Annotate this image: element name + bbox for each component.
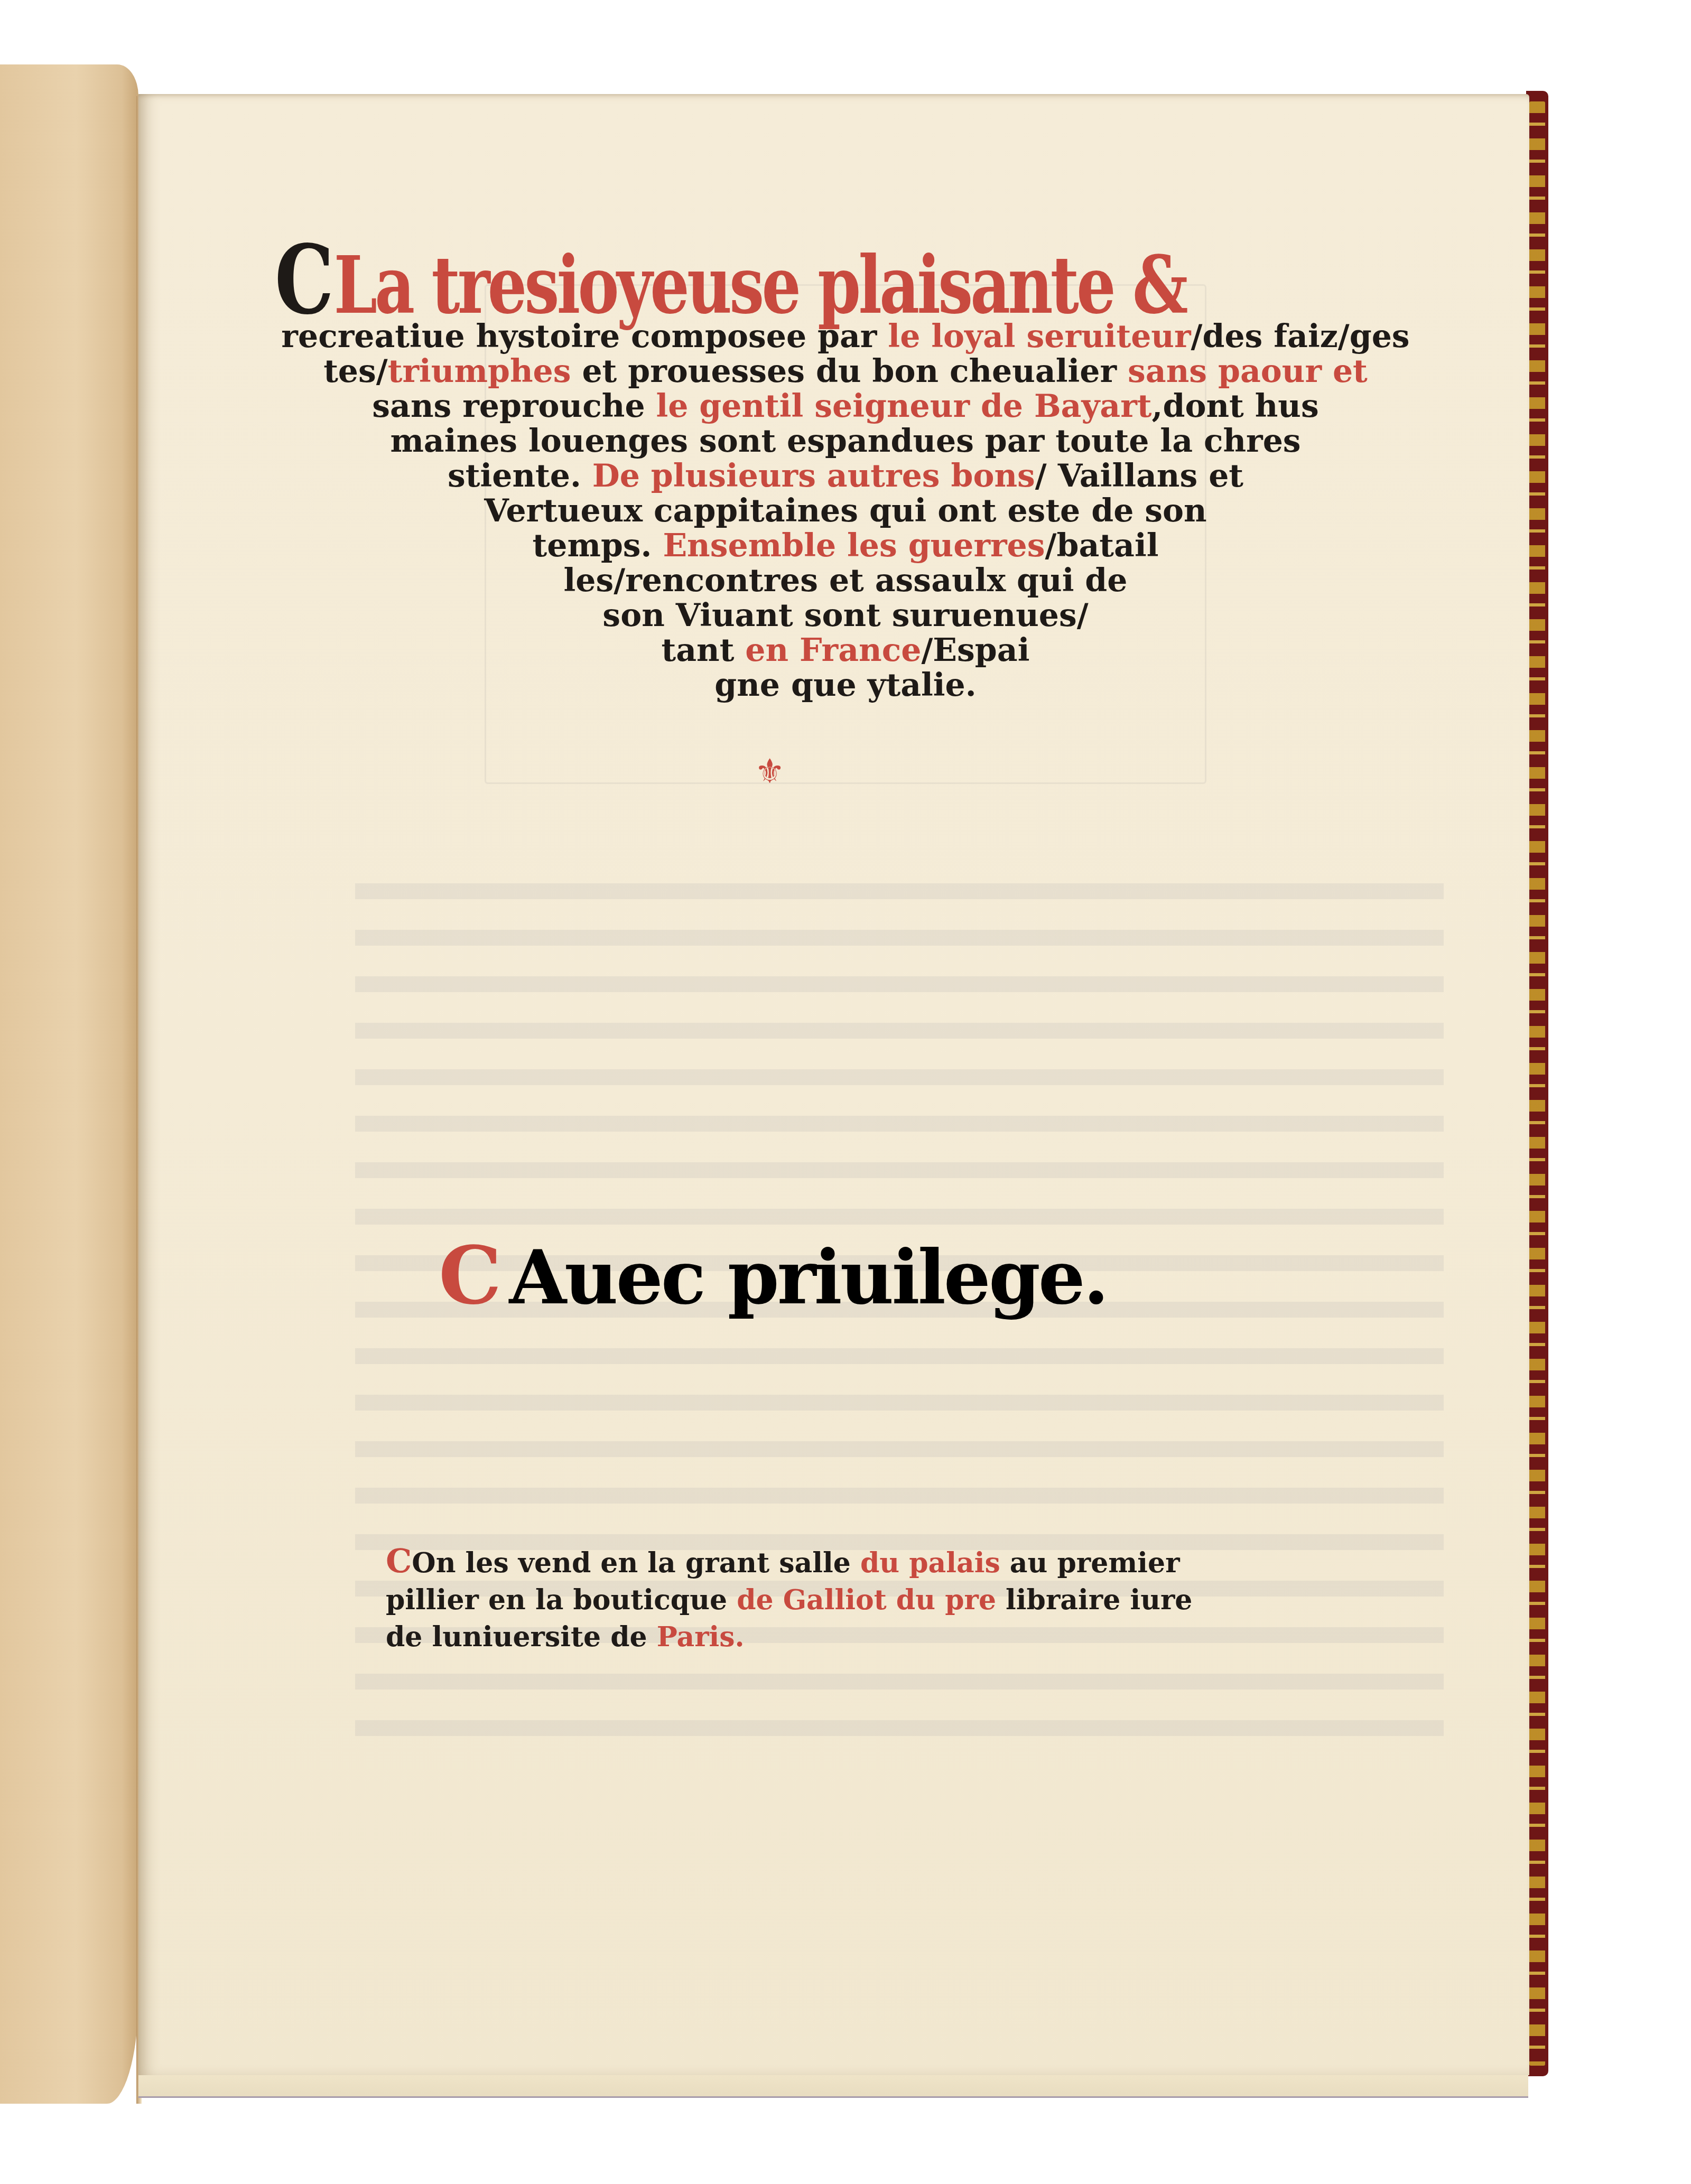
privilege-text: Auec priuilege. [509,1235,1107,1321]
title-body-line: tes/triumphes et prouesses du bon cheual… [0,354,1691,389]
text-span: et prouesses du bon cheualier [571,353,1128,390]
rubric-text: le gentil seigneur de Bayart [656,388,1151,425]
colophon-pilcrow: C [386,1542,412,1580]
colophon-line: pillier en la bouticque de Galliot du pr… [386,1582,1147,1619]
privilege-line: CAuec priuilege. [439,1231,1107,1321]
text-span: / Vaillans et [1035,458,1243,494]
colophon-line: COn les vend en la grant salle du palais… [386,1543,1147,1582]
text-span: au premier [1000,1547,1180,1579]
rubric-text: triumphes [388,353,571,390]
rubric-text: le loyal seruiteur [888,318,1191,355]
text-span: /Espai [921,632,1029,669]
title-heading: CLa tresioyeuse plaisante & [275,227,1037,333]
text-span: tes/ [323,353,388,390]
page-bottom-edge [138,2075,1528,2098]
text-span: les/rencontres et assaulx qui de [564,562,1128,599]
text-span: Vertueux cappitaines qui ont este de son [484,492,1206,529]
imprint-colophon: COn les vend en la grant salle du palais… [386,1543,1147,1656]
rubric-text: en France [745,632,921,669]
pilcrow-initial: C [275,227,331,333]
title-body-line: les/rencontres et assaulx qui de [0,563,1691,598]
title-body-text: recreatiue hystoire composee par le loya… [0,319,1691,703]
text-span: recreatiue hystoire composee par [281,318,888,355]
text-span: temps. [533,527,663,564]
title-body-line: Vertueux cappitaines qui ont este de son [0,493,1691,528]
text-span: sans reprouche [372,388,656,425]
title-body-line: gne que ytalie. [0,668,1691,703]
text-span: pillier en la bouticque [386,1584,737,1616]
text-span: stiente. [448,458,592,494]
text-span: On les vend en la grant salle [412,1547,860,1579]
colophon-line: de luniuersite de Paris. [386,1619,1147,1656]
text-span: libraire iure [996,1584,1192,1616]
title-body-line: stiente. De plusieurs autres bons/ Vaill… [0,459,1691,493]
rubric-text: de Galliot du pre [737,1584,996,1616]
title-body-line: recreatiue hystoire composee par le loya… [0,319,1691,354]
fleur-de-lis-icon: ⚜ [755,753,776,790]
text-span: /des faiz/ges [1191,318,1410,355]
text-span: /batail [1045,527,1159,564]
text-span: maines louenges sont espandues par toute… [390,423,1300,460]
title-body-line: son Viuant sont suruenues/ [0,598,1691,633]
rubric-text: sans paour et [1128,353,1368,390]
rubric-text: Paris. [657,1621,745,1653]
privilege-pilcrow: C [439,1229,499,1322]
text-span: tant [662,632,746,669]
title-body-line: temps. Ensemble les guerres/batail [0,528,1691,563]
title-body-line: sans reprouche le gentil seigneur de Bay… [0,389,1691,424]
rubric-text: Ensemble les guerres [663,527,1045,564]
rubric-text: De plusieurs autres bons [592,458,1035,494]
text-span: son Viuant sont suruenues/ [602,597,1088,634]
text-span: de luniuersite de [386,1621,657,1653]
title-body-line: tant en France/Espai [0,633,1691,668]
rubric-text: du palais [860,1547,1000,1579]
title-body-line: maines louenges sont espandues par toute… [0,424,1691,459]
text-span: gne que ytalie. [714,667,976,704]
text-span: ,dont hus [1152,388,1319,425]
